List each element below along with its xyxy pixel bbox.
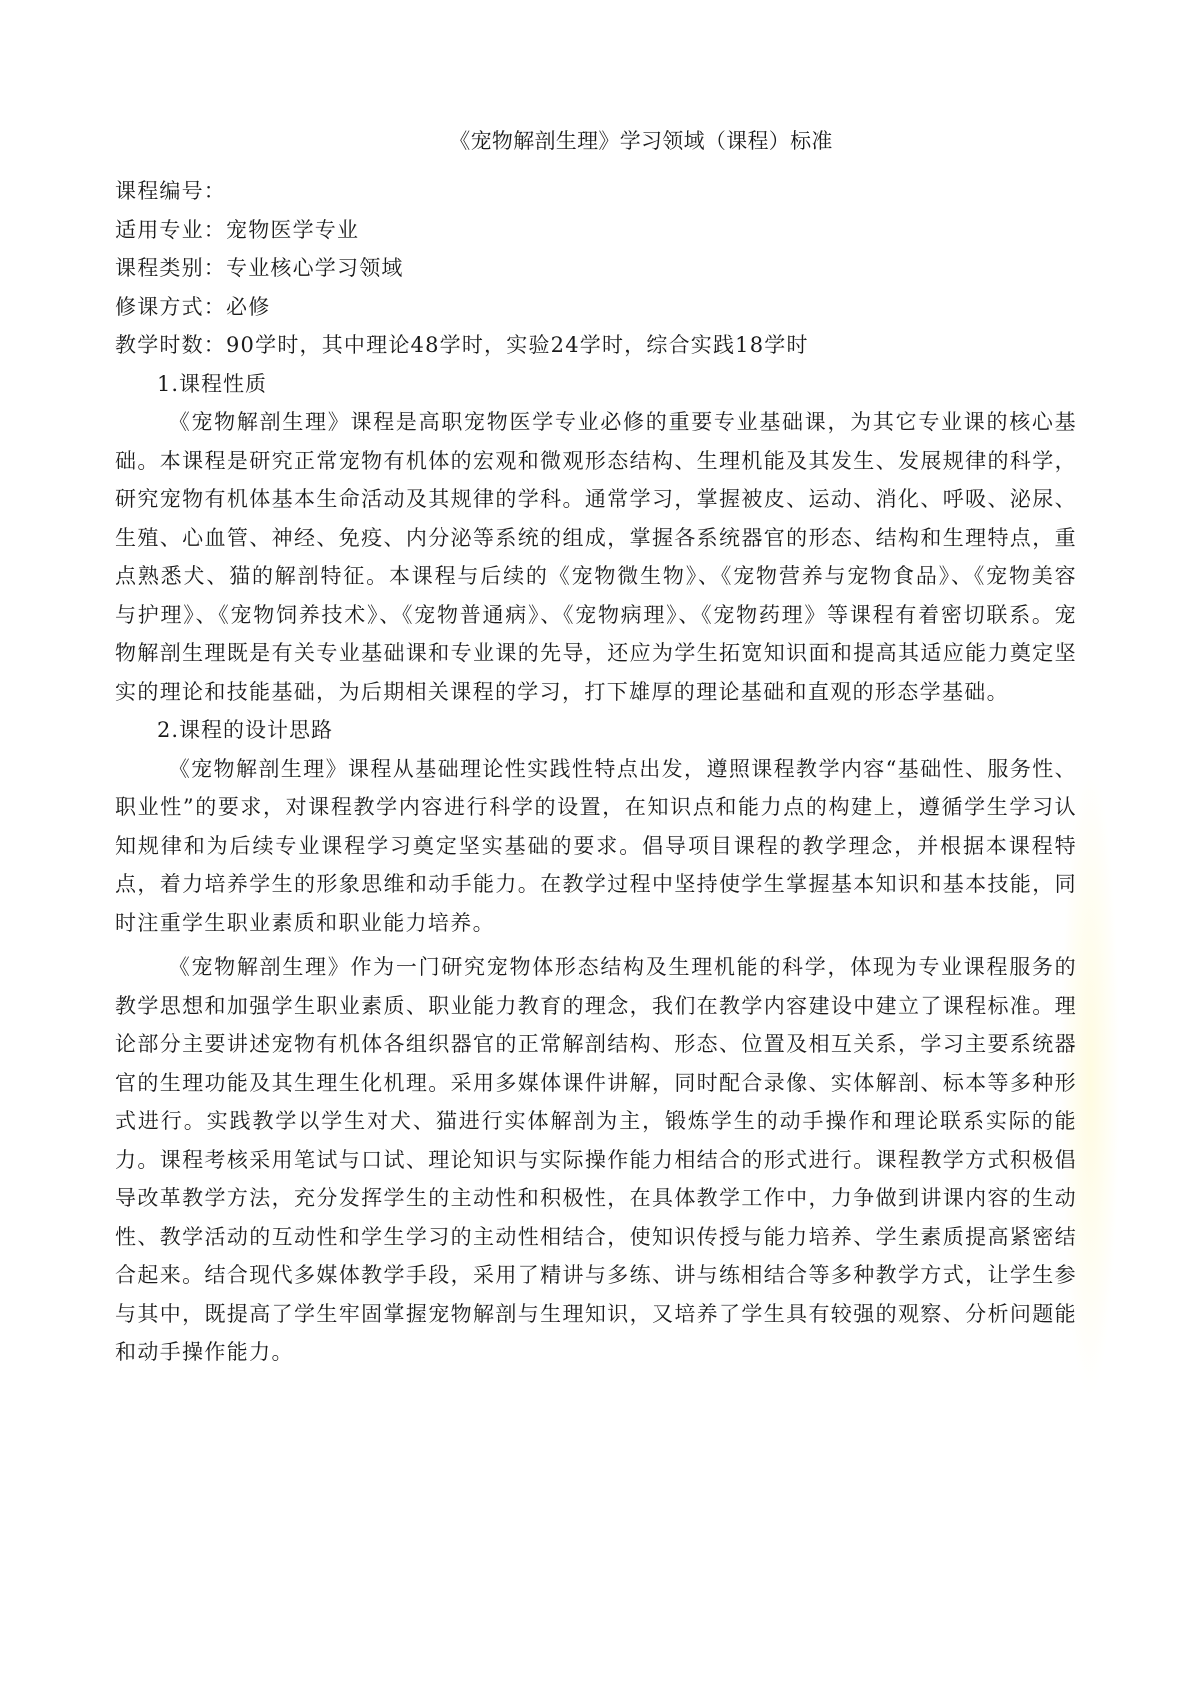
meta-label: 教学时数： (115, 333, 226, 357)
paragraph-design-approach-2: 《宠物解剖生理》作为一门研究宠物体形态结构及生理机能的科学，体现为专业课程服务的… (115, 948, 1077, 1372)
paragraph-course-nature: 《宠物解剖生理》课程是高职宠物医学专业必修的重要专业基础课，为其它专业课的核心基… (115, 403, 1077, 711)
meta-teaching-hours: 教学时数：90学时，其中理论48学时，实验24学时，综合实践18学时 (115, 326, 1077, 365)
document-page: 《宠物解剖生理》学习领域（课程）标准 课程编号： 适用专业：宠物医学专业 课程类… (115, 122, 1077, 1372)
meta-label: 适用专业： (115, 218, 226, 242)
meta-label: 修课方式： (115, 295, 226, 319)
meta-applicable-major: 适用专业：宠物医学专业 (115, 211, 1077, 250)
document-title: 《宠物解剖生理》学习领域（课程）标准 (205, 122, 1077, 160)
meta-value: 专业核心学习领域 (226, 256, 404, 280)
section-heading-course-nature: 1.课程性质 (115, 365, 1077, 404)
meta-study-mode: 修课方式：必修 (115, 288, 1077, 327)
meta-value: 必修 (226, 295, 270, 319)
meta-value: 90学时，其中理论48学时，实验24学时，综合实践18学时 (226, 333, 809, 357)
meta-label: 课程类别： (115, 256, 226, 280)
meta-value: 宠物医学专业 (226, 218, 359, 242)
meta-course-code: 课程编号： (115, 172, 1077, 211)
meta-label: 课程编号： (115, 179, 226, 203)
paragraph-design-approach-1: 《宠物解剖生理》课程从基础理论性实践性特点出发，遵照课程教学内容“基础性、服务性… (115, 750, 1077, 943)
meta-course-category: 课程类别：专业核心学习领域 (115, 249, 1077, 288)
section-heading-design-approach: 2.课程的设计思路 (115, 711, 1077, 750)
